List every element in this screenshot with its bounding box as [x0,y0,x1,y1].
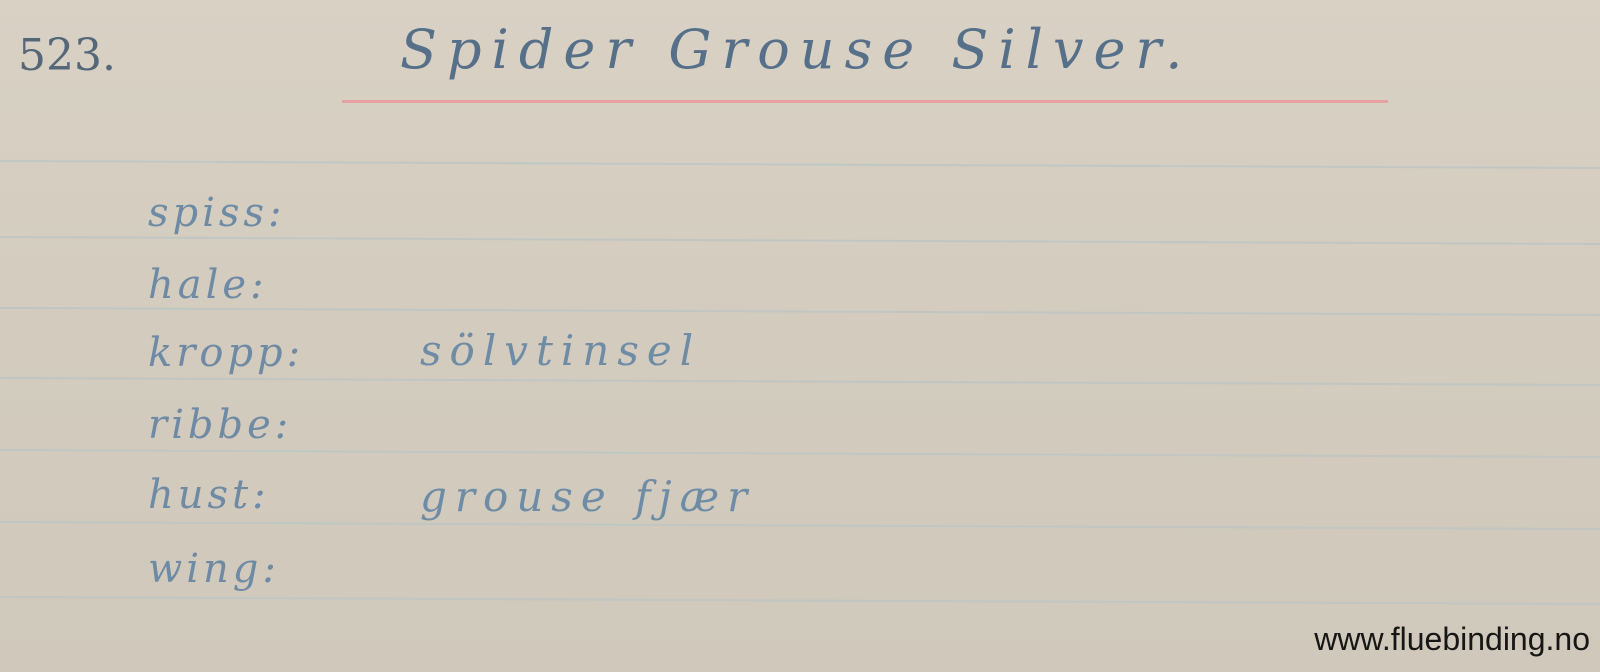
field-label-ribbe: ribbe: [148,402,292,448]
ruled-line [0,377,1600,386]
field-label-hale: hale: [148,262,268,308]
ruled-line [0,596,1600,605]
entry-number: 523. [18,30,116,81]
fly-title: Spider Grouse Silver. [400,18,1192,81]
field-label-spiss: spiss: [148,190,285,236]
ruled-line [0,236,1600,245]
field-label-hust: hust: [148,472,270,518]
watermark: www.fluebinding.no [1314,621,1590,658]
title-underline [342,100,1388,103]
notebook-page: 523. Spider Grouse Silver. spiss: hale: … [0,0,1600,672]
ruled-line [0,521,1600,530]
field-value-kropp: sölvtinsel [420,326,701,375]
ruled-line [0,307,1600,316]
field-label-wing: wing: [148,546,280,592]
ruled-line [0,160,1600,169]
field-label-kropp: kropp: [148,330,304,376]
field-value-hust: grouse fjær [420,472,755,521]
ruled-line [0,449,1600,458]
